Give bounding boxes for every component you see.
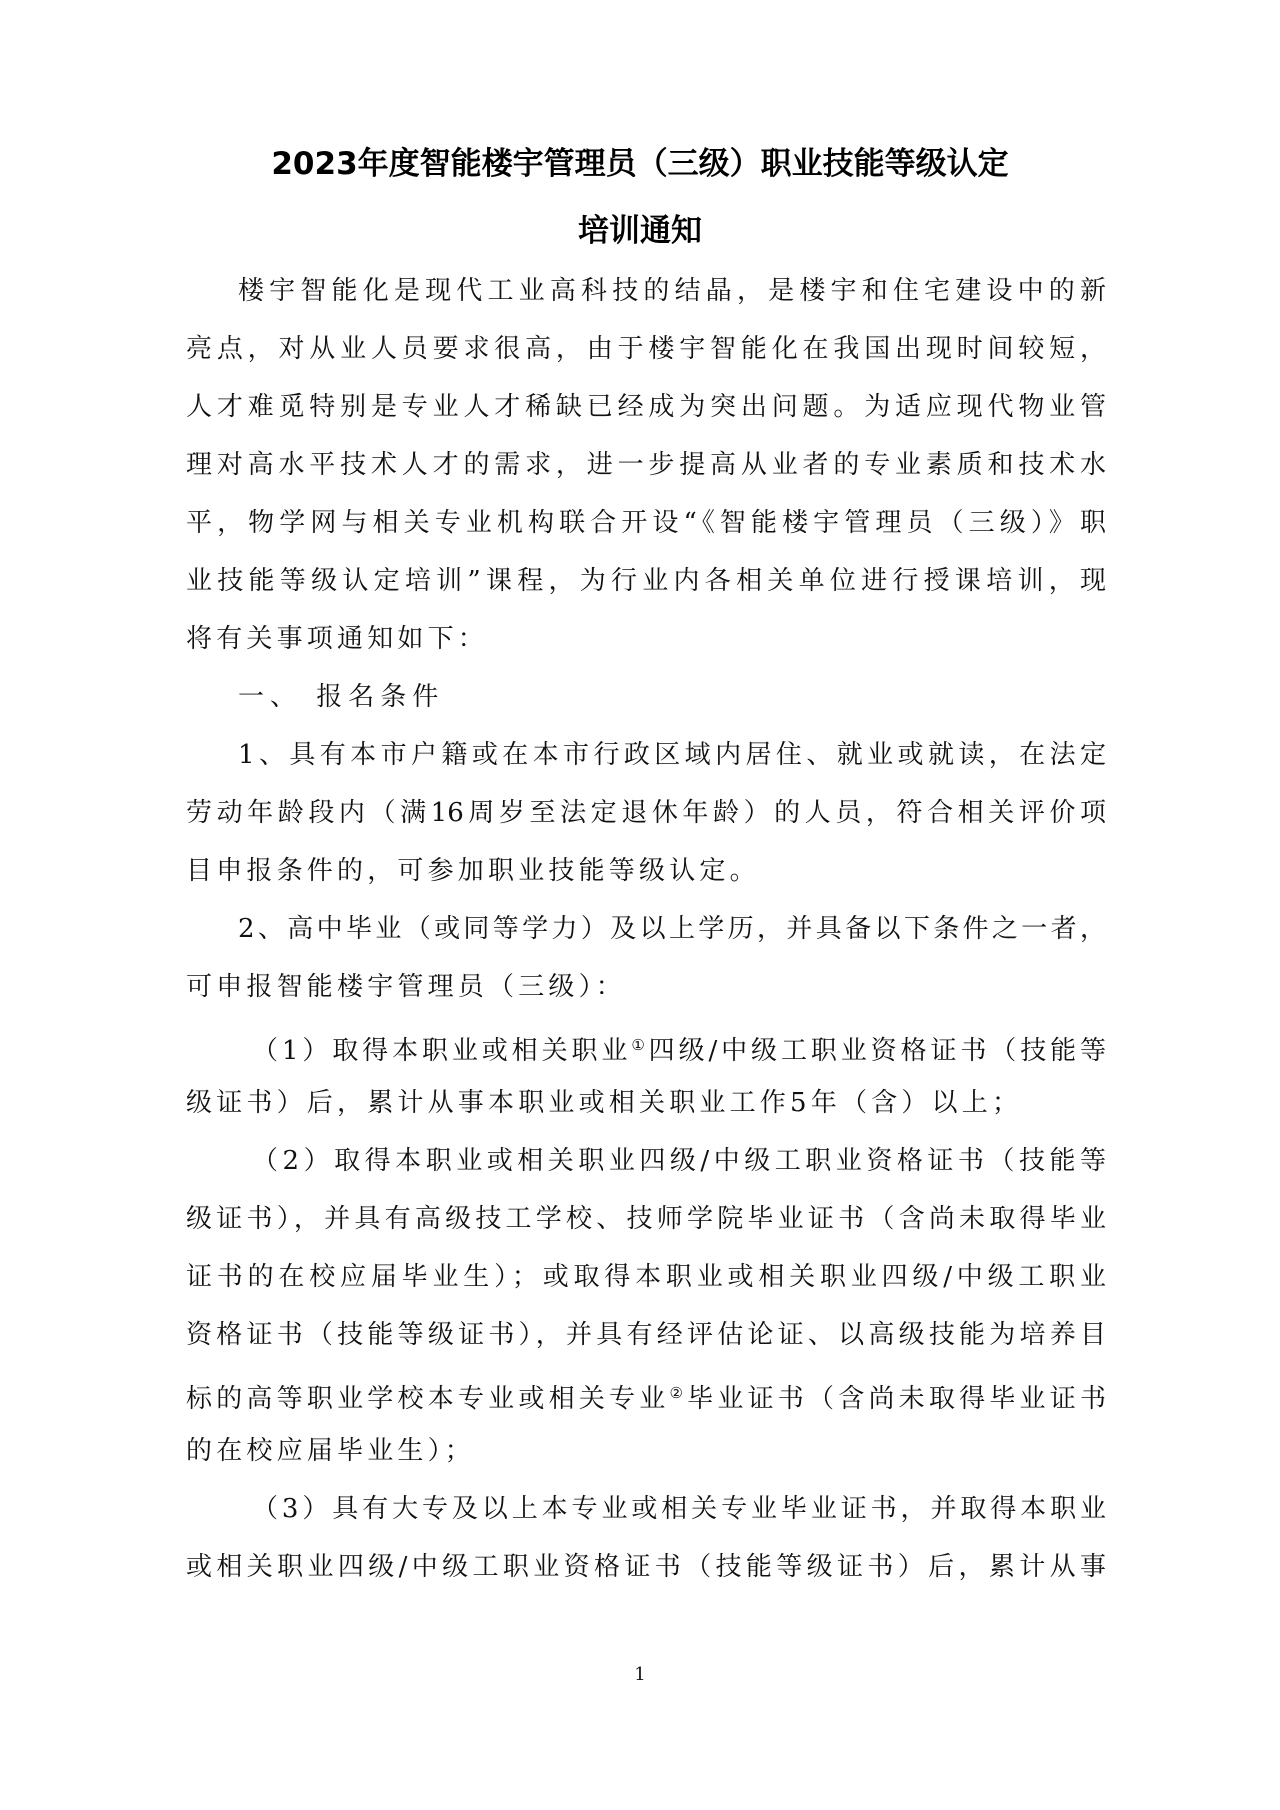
sub-item-1-line: （1）取得本职业或相关职业①四级/中级工职业资格证书（技能等 [252,1028,1106,1068]
sub-item-2-line: 标的高等职业学校本专业或相关专业②毕业证书（含尚未取得毕业证书 [186,1376,1106,1416]
footnote-marker-1: ① [631,1036,648,1054]
item-1-line: 目申报条件的，可参加职业技能等级认定。 [186,854,1106,888]
sub-item-3-line: （3）具有大专及以上本专业或相关专业毕业证书，并取得本职业 [252,1492,1106,1526]
item-2-line: 可申报智能楼宇管理员（三级）： [186,970,1106,1004]
intro-paragraph-line: 人才难觅特别是专业人才稀缺已经成为突出问题。为适应现代物业管 [186,390,1106,424]
intro-paragraph-line: 业技能等级认定培训”课程，为行业内各相关单位进行授课培训，现 [186,564,1106,598]
sub-item-2-line: 级证书），并具有高级技工学校、技师学院毕业证书（含尚未取得毕业 [186,1202,1106,1236]
sub-item-1-text-a: （1）取得本职业或相关职业 [252,1036,631,1066]
intro-paragraph-line: 理对高水平技术人才的需求，进一步提高从业者的专业素质和技术水 [186,448,1106,482]
document-title-line-2: 培训通知 [0,205,1280,250]
section-heading-registration-conditions: 一、 报名条件 [238,680,1158,714]
intro-paragraph-line: 将有关事项通知如下： [186,622,1106,656]
item-2-line: 2、高中毕业（或同等学力）及以上学历，并具备以下条件之一者， [238,912,1106,946]
sub-item-1-text-b: 四级/中级工职业资格证书（技能等 [649,1036,1106,1066]
intro-paragraph-line: 亮点，对从业人员要求很高，由于楼宇智能化在我国出现时间较短， [186,332,1106,366]
sub-item-2-line: （2）取得本职业或相关职业四级/中级工职业资格证书（技能等 [252,1144,1106,1178]
item-1-line: 1、具有本市户籍或在本市行政区域内居住、就业或就读，在法定 [238,738,1106,772]
sub-item-2-line: 证书的在校应届毕业生）；或取得本职业或相关职业四级/中级工职业 [186,1260,1106,1294]
sub-item-2-line: 资格证书（技能等级证书），并具有经评估论证、以高级技能为培养目 [186,1318,1106,1352]
sub-item-3-line: 或相关职业四级/中级工职业资格证书（技能等级证书）后，累计从事 [186,1550,1106,1584]
document-title-line-1: 2023年度智能楼宇管理员（三级）职业技能等级认定 [0,138,1280,183]
item-1-line: 劳动年龄段内（满16周岁至法定退休年龄）的人员，符合相关评价项 [186,796,1106,830]
document-page: 2023年度智能楼宇管理员（三级）职业技能等级认定 培训通知 楼宇智能化是现代工… [0,0,1280,1810]
intro-paragraph-line: 平，物学网与相关专业机构联合开设“《智能楼宇管理员（三级）》职 [186,506,1106,540]
sub-item-2-text-a: 标的高等职业学校本专业或相关专业 [186,1384,669,1414]
sub-item-2-line: 的在校应届毕业生）； [186,1434,1106,1468]
sub-item-1-line: 级证书）后，累计从事本职业或相关职业工作5年（含）以上； [186,1086,1106,1120]
footnote-marker-2: ② [669,1384,687,1402]
page-number: 1 [0,1664,1280,1685]
sub-item-2-text-b: 毕业证书（含尚未取得毕业证书 [687,1384,1106,1414]
intro-paragraph-line: 楼宇智能化是现代工业高科技的结晶，是楼宇和住宅建设中的新 [238,274,1106,308]
